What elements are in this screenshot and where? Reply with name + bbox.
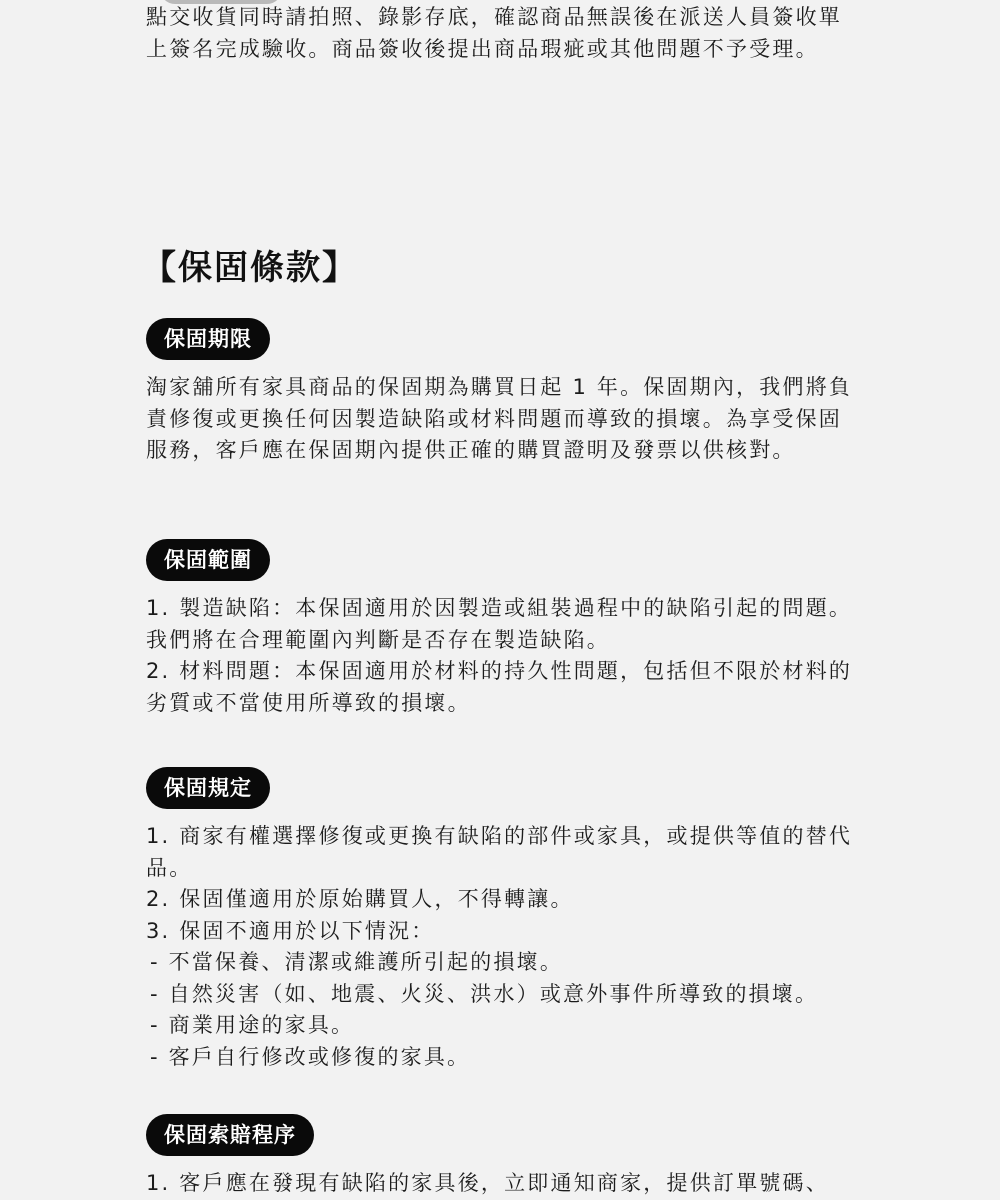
exclusion-improper-maintenance: - 不當保養、清潔或維護所引起的損壞。 <box>146 947 858 979</box>
exclusion-commercial-use: - 商業用途的家具。 <box>146 1010 858 1042</box>
warranty-rules-list: 1. 商家有權選擇修復或更換有缺陷的部件或家具，或提供等值的替代品。 2. 保固… <box>146 821 858 1073</box>
warranty-scope-list: 1. 製造缺陷：本保固適用於因製造或組裝過程中的缺陷引起的問題。我們將在合理範圍… <box>146 593 858 719</box>
delivery-inspection-note: 點交收貨同時請拍照、錄影存底，確認商品無誤後在派送人員簽收單上簽名完成驗收。商品… <box>146 2 858 65</box>
section-warranty-scope: 保固範圍 1. 製造缺陷：本保固適用於因製造或組裝過程中的缺陷引起的問題。我們將… <box>146 539 858 719</box>
section-pill-warranty-scope: 保固範圍 <box>146 539 270 581</box>
claim-procedure-list: 1. 客戶應在發現有缺陷的家具後，立即通知商家，提供訂單號碼、 <box>146 1168 858 1200</box>
exclusion-natural-disaster: - 自然災害（如、地震、火災、洪水）或意外事件所導致的損壞。 <box>146 979 858 1011</box>
section-warranty-rules: 保固規定 1. 商家有權選擇修復或更換有缺陷的部件或家具，或提供等值的替代品。 … <box>146 767 858 1073</box>
warranty-terms-title: 【保固條款】 <box>142 240 358 289</box>
warranty-period-text: 淘家舖所有家具商品的保固期為購買日起 1 年。保固期內，我們將負責修復或更換任何… <box>146 372 858 467</box>
section-warranty-claim-procedure: 保固索賠程序 1. 客戶應在發現有缺陷的家具後，立即通知商家，提供訂單號碼、 <box>146 1114 858 1200</box>
rule-item-exclusions-heading: 3. 保固不適用於以下情況： <box>146 916 858 948</box>
rule-item-original-purchaser: 2. 保固僅適用於原始購買人，不得轉讓。 <box>146 884 858 916</box>
claim-item-notify-merchant: 1. 客戶應在發現有缺陷的家具後，立即通知商家，提供訂單號碼、 <box>146 1168 858 1200</box>
section-pill-warranty-rules: 保固規定 <box>146 767 270 809</box>
scope-item-manufacturing-defect: 1. 製造缺陷：本保固適用於因製造或組裝過程中的缺陷引起的問題。我們將在合理範圍… <box>146 593 858 656</box>
section-pill-claim-procedure: 保固索賠程序 <box>146 1114 314 1156</box>
section-pill-warranty-period: 保固期限 <box>146 318 270 360</box>
rule-item-repair-or-replace: 1. 商家有權選擇修復或更換有缺陷的部件或家具，或提供等值的替代品。 <box>146 821 858 884</box>
section-warranty-period: 保固期限 淘家舖所有家具商品的保固期為購買日起 1 年。保固期內，我們將負責修復… <box>146 318 858 467</box>
exclusion-self-modified: - 客戶自行修改或修復的家具。 <box>146 1042 858 1074</box>
scope-item-material-issue: 2. 材料問題：本保固適用於材料的持久性問題，包括但不限於材料的劣質或不當使用所… <box>146 656 858 719</box>
